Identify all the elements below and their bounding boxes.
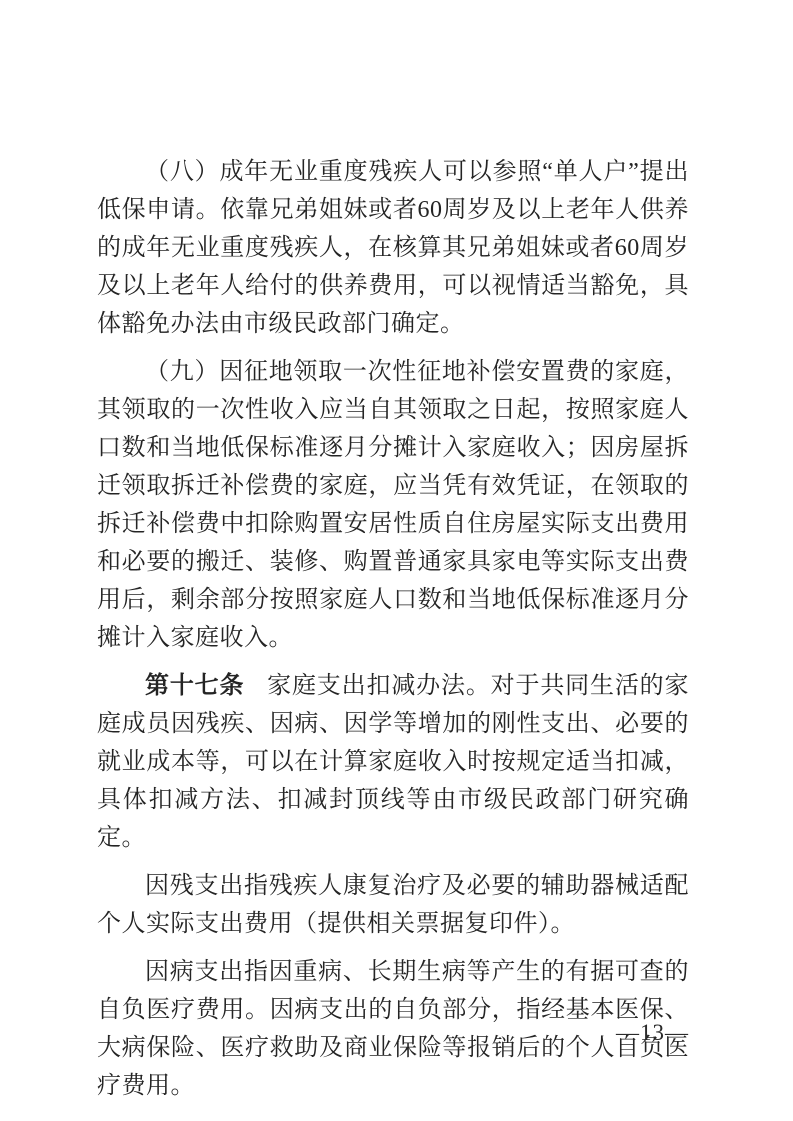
- paragraph-article-17: 第十七条家庭支出扣减办法。对于共同生活的家庭成员因残疾、因病、因学等增加的刚性支…: [97, 667, 689, 857]
- paragraph-text: 家庭支出扣减办法。对于共同生活的家庭成员因残疾、因病、因学等增加的刚性支出、必要…: [97, 673, 689, 851]
- paragraph-text: 因残支出指残疾人康复治疗及必要的辅助器械适配个人实际支出费用（提供相关票据复印件…: [97, 873, 689, 937]
- paragraph-disability-expense: 因残支出指残疾人康复治疗及必要的辅助器械适配个人实际支出费用（提供相关票据复印件…: [97, 867, 689, 943]
- paragraph-text: 因病支出指因重病、长期生病等产生的有据可查的自负医疗费用。因病支出的自负部分，指…: [97, 959, 689, 1099]
- document-body: （八）成年无业重度残疾人可以参照“单人户”提出低保申请。依靠兄弟姐妹或者60周岁…: [97, 153, 689, 1115]
- paragraph-clause-9: （九）因征地领取一次性征地补偿安置费的家庭，其领取的一次性收入应当自其领取之日起…: [97, 353, 689, 657]
- document-page: （八）成年无业重度残疾人可以参照“单人户”提出低保申请。依靠兄弟姐妹或者60周岁…: [0, 0, 793, 1121]
- paragraph-text: （九）因征地领取一次性征地补偿安置费的家庭，其领取的一次性收入应当自其领取之日起…: [97, 359, 689, 651]
- article-number-label: 第十七条: [145, 672, 244, 699]
- paragraph-clause-8: （八）成年无业重度残疾人可以参照“单人户”提出低保申请。依靠兄弟姐妹或者60周岁…: [97, 153, 689, 343]
- paragraph-illness-expense: 因病支出指因重病、长期生病等产生的有据可查的自负医疗费用。因病支出的自负部分，指…: [97, 953, 689, 1105]
- paragraph-text: （八）成年无业重度残疾人可以参照“单人户”提出低保申请。依靠兄弟姐妹或者60周岁…: [97, 159, 689, 337]
- page-number: —13—: [616, 1018, 689, 1048]
